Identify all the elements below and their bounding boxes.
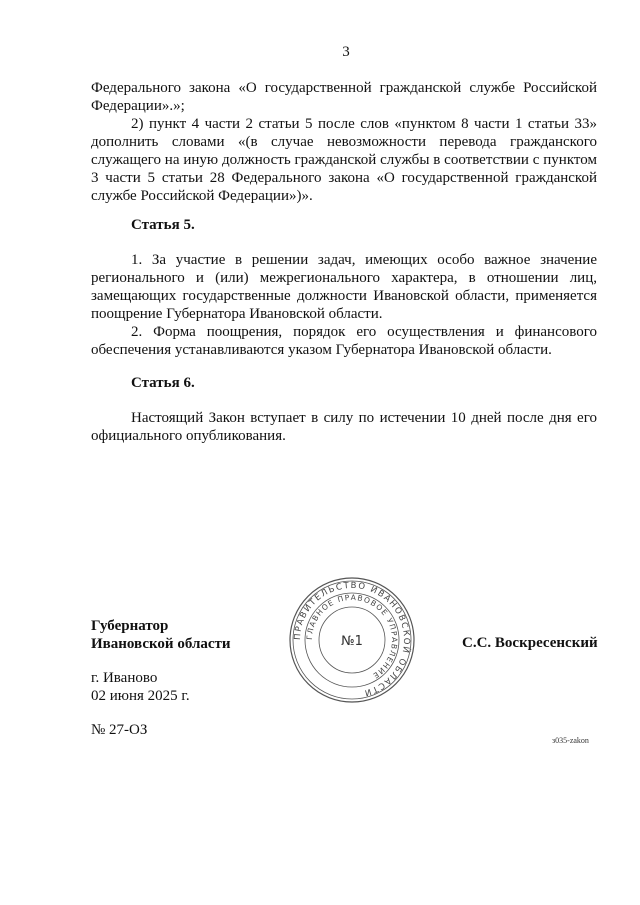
page-number: 3 (0, 44, 640, 61)
stamp-center-text: №1 (341, 634, 363, 649)
amendment-block: Федерального закона «О государственной г… (91, 79, 597, 205)
paragraph: Федерального закона «О государственной г… (91, 79, 597, 115)
place-and-date: г. Иваново 02 июня 2025 г. (91, 669, 190, 705)
paragraph: 2) пункт 4 части 2 статьи 5 после слов «… (91, 115, 597, 205)
signatory-title: Губернатор Ивановской области (91, 617, 231, 653)
paragraph: 2. Форма поощрения, порядок его осуществ… (91, 323, 597, 359)
article-5-body: 1. За участие в решении задач, имеющих о… (91, 251, 597, 359)
paragraph: Настоящий Закон вступает в силу по истеч… (91, 409, 597, 445)
signatory-title-line2: Ивановской области (91, 635, 231, 653)
signatory-title-line1: Губернатор (91, 617, 231, 635)
article-5-heading: Статья 5. (91, 217, 195, 234)
law-number: № 27-ОЗ (91, 722, 147, 739)
date: 02 июня 2025 г. (91, 687, 190, 705)
place: г. Иваново (91, 669, 190, 687)
paragraph: 1. За участие в решении задач, имеющих о… (91, 251, 597, 323)
official-stamp: ПРАВИТЕЛЬСТВО ИВАНОВСКОЙ ОБЛАСТИ ГЛАВНОЕ… (287, 575, 417, 705)
signatory-name: С.С. Воскресенский (462, 635, 598, 652)
article-6-body: Настоящий Закон вступает в силу по истеч… (91, 409, 597, 445)
article-6-heading: Статья 6. (91, 375, 195, 392)
file-code: з035-zakon (552, 736, 589, 745)
